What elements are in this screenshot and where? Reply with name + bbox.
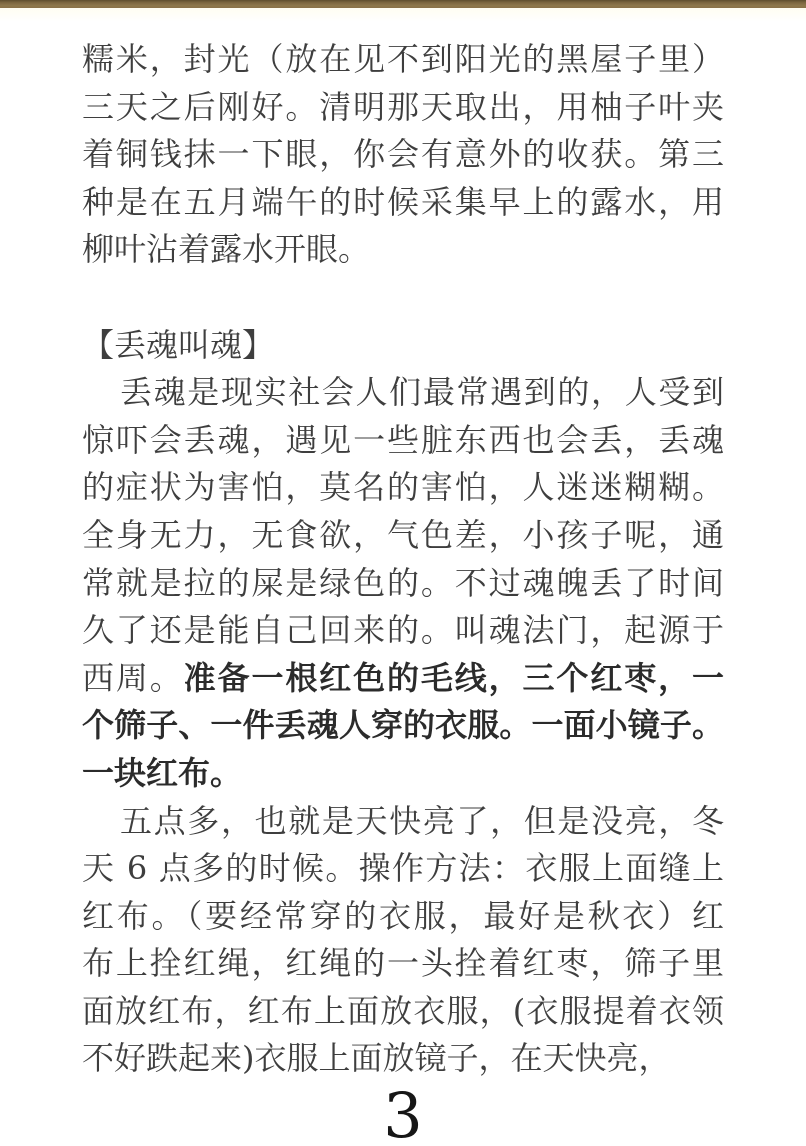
text-line: 五点多，也就是天快亮了，但是没亮，冬	[82, 798, 724, 846]
text-line: 天 6 点多的时候。操作方法：衣服上面缝上	[82, 845, 724, 893]
ebook-page: 糯米，封光（放在见不到阳光的黑屋子里） 三天之后刚好。清明那天取出，用柚子叶夹 …	[0, 0, 806, 1146]
page-top-tint	[0, 8, 806, 22]
text-line: 久了还是能自己回来的。叫魂法门，起源于	[82, 607, 724, 655]
bold-emphasis-line: 个筛子、一件丢魂人穿的衣服。一面小镜子。	[82, 702, 724, 750]
text-line-mixed: 西周。准备一根红色的毛线，三个红枣，一	[82, 655, 724, 703]
text-line: 三天之后刚好。清明那天取出，用柚子叶夹	[82, 84, 724, 132]
text-line: 不好跌起来)衣服上面放镜子，在天快亮，	[82, 1035, 724, 1083]
bold-emphasis-line: 一块红布。	[82, 750, 724, 798]
text-line: 种是在五月端午的时候采集早上的露水，用	[82, 179, 724, 227]
text-line: 柳叶沾着露水开眼。	[82, 226, 724, 274]
text-line: 布上拴红绳，红绳的一头拴着红枣，筛子里	[82, 940, 724, 988]
text-line: 惊吓会丢魂，遇见一些脏东西也会丢，丢魂	[82, 417, 724, 465]
text-segment: 西周。	[82, 659, 184, 697]
page-number: 3	[0, 1087, 806, 1145]
page-top-border	[0, 0, 806, 8]
bold-emphasis-text: 准备一根红色的毛线，三个红枣，一	[184, 659, 724, 697]
text-line: 糯米，封光（放在见不到阳光的黑屋子里）	[82, 36, 724, 84]
text-line: 常就是拉的屎是绿色的。不过魂魄丢了时间	[82, 560, 724, 608]
text-line: 的症状为害怕，莫名的害怕，人迷迷糊糊。	[82, 464, 724, 512]
page-content: 糯米，封光（放在见不到阳光的黑屋子里） 三天之后刚好。清明那天取出，用柚子叶夹 …	[0, 22, 806, 1083]
text-line: 红布。（要经常穿的衣服，最好是秋衣）红	[82, 893, 724, 941]
text-line: 着铜钱抹一下眼，你会有意外的收获。第三	[82, 131, 724, 179]
section-heading: 【丢魂叫魂】	[82, 322, 724, 370]
text-line: 丢魂是现实社会人们最常遇到的，人受到	[82, 369, 724, 417]
blank-line	[82, 274, 724, 322]
text-line: 全身无力，无食欲，气色差，小孩子呢，通	[82, 512, 724, 560]
text-line: 面放红布，红布上面放衣服，(衣服提着衣领	[82, 988, 724, 1036]
